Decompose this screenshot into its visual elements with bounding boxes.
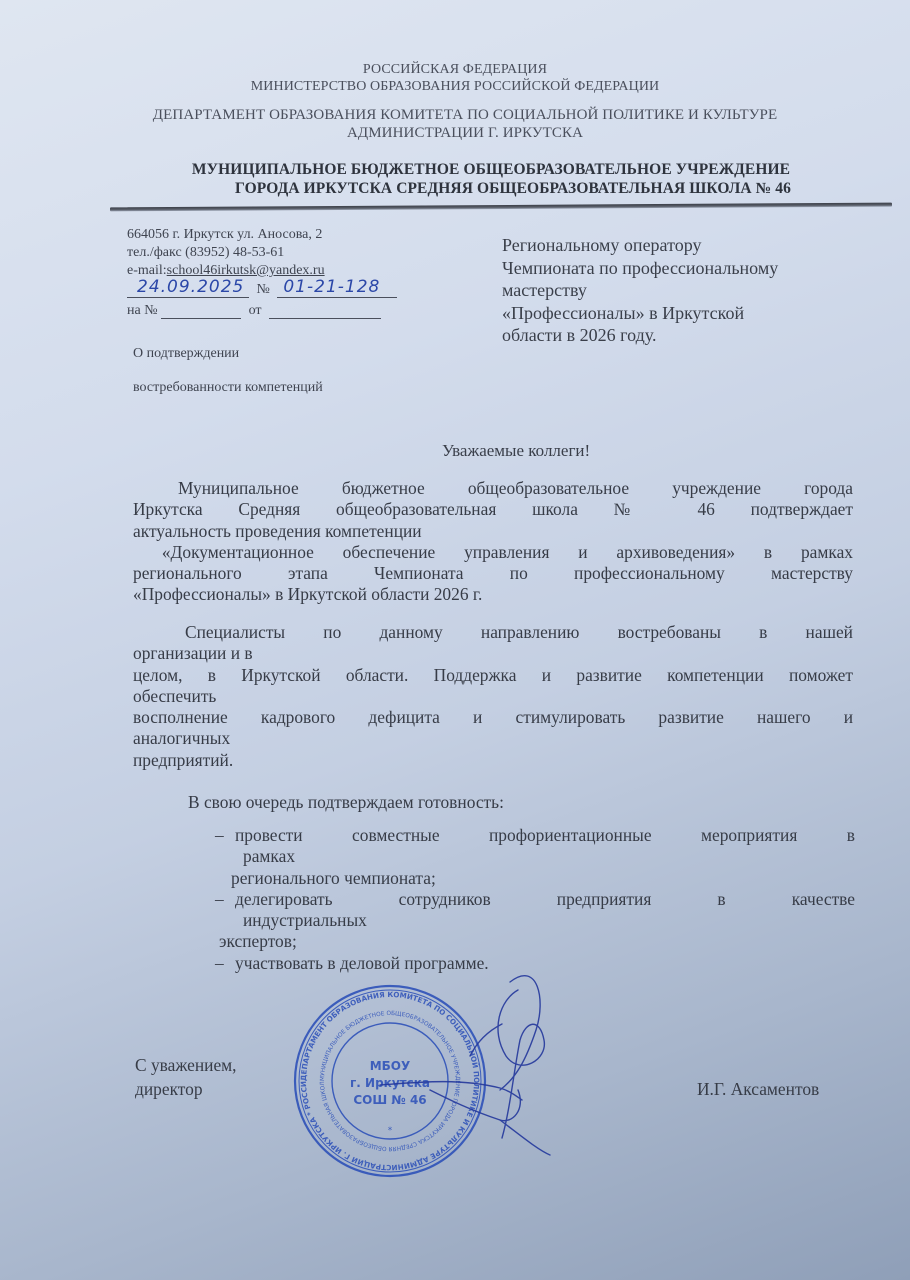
readiness-list: –провести совместные профориентационные …: [215, 825, 855, 974]
letter-page: РОССИЙСКАЯ ФЕДЕРАЦИЯ МИНИСТЕРСТВО ОБРАЗО…: [0, 0, 910, 1280]
closing-position: директор: [135, 1077, 203, 1101]
dash-bullet: –: [215, 953, 235, 974]
text-line: регионального этапа Чемпионата по профес…: [133, 563, 853, 584]
list-item: –провести совместные профориентационные …: [215, 825, 855, 846]
addressee-line: области в 2026 году.: [502, 324, 778, 347]
list-item: –делегировать сотрудников предприятия в …: [215, 889, 855, 910]
outgoing-number-row: 24.09.2025 № 01-21-128: [127, 281, 397, 298]
handwritten-date: 24.09.2025: [137, 277, 244, 297]
date-field: 24.09.2025: [127, 281, 249, 298]
greeting: Уважаемые коллеги!: [442, 441, 590, 461]
letterhead-org-line2: ГОРОДА ИРКУТСКА СРЕДНЯЯ ОБЩЕОБРАЗОВАТЕЛЬ…: [58, 180, 910, 198]
letterhead-ministry: МИНИСТЕРСТВО ОБРАЗОВАНИЯ РОССИЙСКОЙ ФЕДЕ…: [0, 79, 910, 95]
body-paragraph-1: Муниципальное бюджетное общеобразователь…: [133, 478, 853, 606]
addressee-line: мастерству: [502, 279, 778, 302]
letterhead-divider: [110, 203, 892, 212]
letterhead-administration: АДМИНИСТРАЦИИ Г. ИРКУТСКА: [10, 125, 910, 142]
list-item-continuation: индустриальных: [215, 910, 855, 931]
signature: [350, 960, 590, 1160]
list-item-continuation: регионального чемпионата;: [215, 868, 855, 889]
incoming-ref-row: на № от: [127, 303, 381, 319]
letterhead-country: РОССИЙСКАЯ ФЕДЕРАЦИЯ: [0, 62, 910, 78]
addressee-line: Региональному оператору: [502, 234, 778, 257]
subject-line1: О подтверждении: [133, 346, 239, 362]
addressee-line: «Профессионалы» в Иркутской: [502, 302, 778, 325]
closing-regards: С уважением,: [135, 1053, 237, 1077]
text-line: Специалисты по данному направлению востр…: [133, 622, 853, 643]
text-line: «Профессионалы» в Иркутской области 2026…: [133, 584, 853, 605]
ref-date-field: [269, 306, 381, 319]
dash-bullet: –: [215, 825, 235, 846]
text-line: восполнение кадрового дефицита и стимули…: [133, 707, 853, 728]
handwritten-number: 01-21-128: [283, 277, 380, 297]
text-line: целом, в Иркутской области. Поддержка и …: [133, 665, 853, 686]
number-label: №: [257, 282, 270, 297]
ref-label: на №: [127, 303, 158, 318]
letterhead-org-line1: МУНИЦИПАЛЬНОЕ БЮДЖЕТНОЕ ОБЩЕОБРАЗОВАТЕЛЬ…: [36, 161, 910, 179]
sender-email: school46irkutsk@yandex.ru: [167, 263, 325, 278]
subject-line2: востребованности компетенций: [133, 380, 323, 396]
text-line: «Документационное обеспечение управления…: [133, 542, 853, 563]
readiness-intro: В свою очередь подтверждаем готовность:: [188, 792, 504, 813]
text-line: Иркутска Средняя общеобразовательная шко…: [133, 499, 853, 520]
signatory-name: И.Г. Аксаментов: [697, 1077, 819, 1101]
addressee-block: Региональному оператору Чемпионата по пр…: [502, 234, 778, 347]
text-line: Муниципальное бюджетное общеобразователь…: [133, 478, 853, 499]
list-item-continuation: рамках: [215, 846, 855, 867]
text-line: аналогичных: [133, 728, 853, 749]
text-line: предприятий.: [133, 750, 853, 771]
list-item-continuation: экспертов;: [215, 931, 855, 952]
text-line: организации и в: [133, 643, 853, 664]
ref-from-label: от: [249, 303, 262, 318]
body-paragraph-2: Специалисты по данному направлению востр…: [133, 622, 853, 771]
sender-address: 664056 г. Иркутск ул. Аносова, 2: [127, 227, 322, 243]
sender-email-label: e-mail:: [127, 263, 167, 278]
dash-bullet: –: [215, 889, 235, 910]
text-line: обеспечить: [133, 686, 853, 707]
letterhead-department: ДЕПАРТАМЕНТ ОБРАЗОВАНИЯ КОМИТЕТА ПО СОЦИ…: [10, 107, 910, 124]
sender-phone: тел./факс (83952) 48-53-61: [127, 245, 284, 261]
text-line: актуальность проведения компетенции: [133, 521, 853, 542]
addressee-line: Чемпионата по профессиональному: [502, 257, 778, 280]
number-field: 01-21-128: [277, 281, 397, 298]
ref-number-field: [161, 306, 241, 319]
